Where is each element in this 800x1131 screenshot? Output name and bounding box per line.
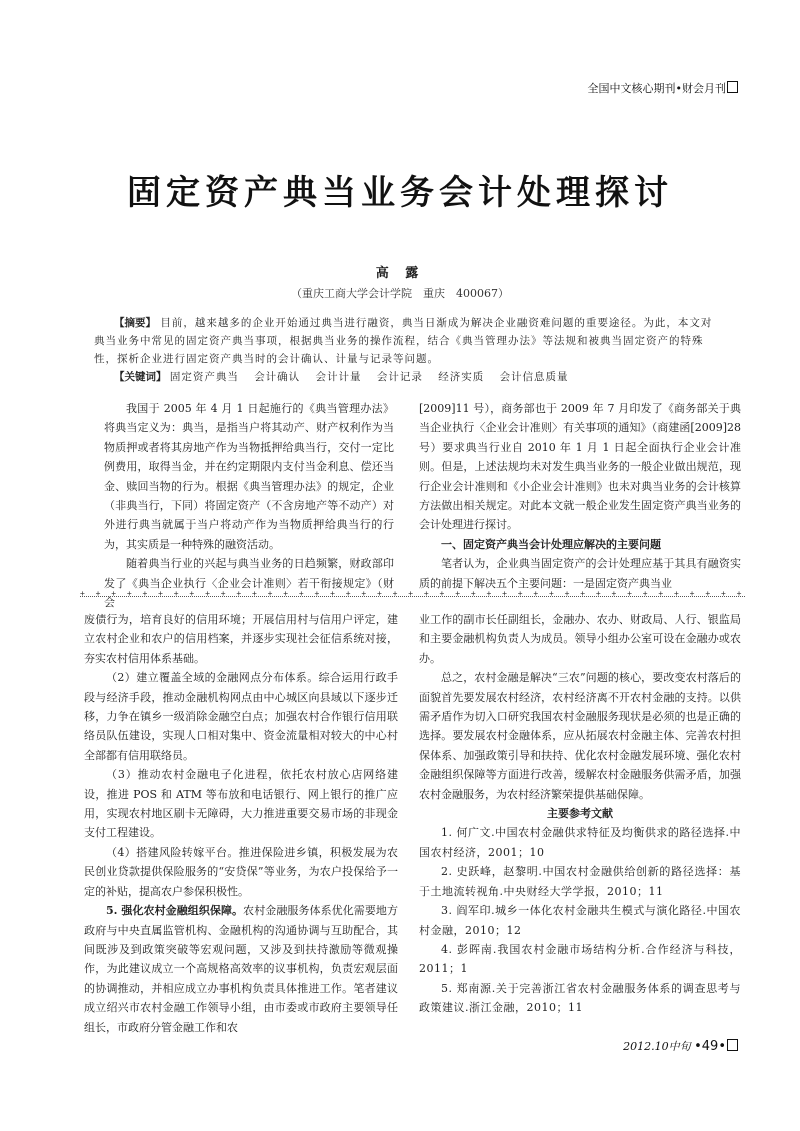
paragraph: 总之，农村金融是解决“三农”问题的核心，要改变农村落后的面貌首先要发展农村经济，… — [419, 668, 741, 804]
issue-label: 2012.10中旬 — [623, 1040, 691, 1053]
reference-item: 5. 郑南源.关于完善浙江省农村金融服务体系的调查思考与政策建议.浙江金融，20… — [419, 979, 741, 1018]
paragraph: 随着典当行业的兴起与典当业务的日趋频繁，财政部印发了《典当企业执行〈企业会计准则… — [104, 554, 394, 612]
keywords: 【关键词】 固定资产典当 会计确认 会计计量 会计记录 经济实质 会计信息质量 — [114, 368, 714, 386]
bottom-right-column: 业工作的副市长任副组长，金融办、农办、财政局、人行、银监局和主要金融机构负责人为… — [419, 610, 741, 1018]
keyword: 会计信息质量 — [500, 371, 569, 383]
paragraph: （2）建立覆盖全域的金融网点分布体系。综合运用行政手段与经济手段，推动金融机构网… — [84, 668, 398, 765]
box-glyph-icon — [727, 1039, 738, 1051]
keyword: 经济实质 — [438, 371, 484, 383]
paragraph: 笔者认为，企业典当固定资产的会计处理应基于其具有融资实质的前提下解决五个主要问题… — [419, 554, 741, 593]
keyword: 会计记录 — [377, 371, 423, 383]
keyword: 会计计量 — [316, 371, 362, 383]
reference-item: 2. 史跃峰，赵黎明.中国农村金融供给创新的路径选择：基于土地流转视角.中央财经… — [419, 862, 741, 901]
abstract-text: 目前，越来越多的企业开始通过典当进行融资，典当日渐成为解决企业融资难问题的重要途… — [94, 317, 712, 365]
abstract-label: 【摘要】 — [114, 317, 156, 329]
paragraph: 废债行为，培育良好的信用环境；开展信用村与信用户评定，建立农村企业和农户的信用档… — [84, 610, 398, 668]
journal-header: 全国中文核心期刊•财会月刊 — [588, 80, 739, 96]
paragraph: 5. 强化农村金融组织保障。农村金融服务体系优化需要地方政府与中央直属监管机构、… — [84, 901, 398, 1037]
keyword: 会计确认 — [254, 371, 300, 383]
journal-name: 全国中文核心期刊•财会月刊 — [588, 82, 727, 95]
subsection-title: 5. 强化农村金融组织保障。 — [106, 904, 243, 917]
keyword: 固定资产典当 — [170, 371, 239, 383]
paragraph: [2009]11 号），商务部也于 2009 年 7 月印发了《商务部关于典当企… — [419, 399, 741, 535]
author-name: 高 露 — [0, 262, 800, 281]
article-title: 固定资产典当业务会计处理探讨 — [0, 165, 800, 214]
abstract: 【摘要】 目前，越来越多的企业开始通过典当进行融资，典当日渐成为解决企业融资难问… — [94, 314, 714, 368]
keywords-label: 【关键词】 — [114, 371, 167, 383]
page-footer: 2012.10中旬 •49• — [623, 1038, 738, 1054]
reference-item: 4. 彭晖南.我国农村金融市场结构分析.合作经济与科技，2011；1 — [419, 940, 741, 979]
box-glyph-icon — [727, 81, 738, 93]
paragraph: （3）推动农村金融电子化进程，依托农村放心店网络建设，推进 POS 和 ATM … — [84, 765, 398, 843]
paragraph: （4）搭建风险转嫁平台。推进保险进乡镇，积极发展为农民创业贷款提供保险服务的“安… — [84, 843, 398, 901]
article-divider — [80, 596, 745, 599]
bottom-left-column: 废债行为，培育良好的信用环境；开展信用村与信用户评定，建立农村企业和农户的信用档… — [84, 610, 398, 1037]
page-number: •49• — [694, 1039, 726, 1054]
top-left-column: 我国于 2005 年 4 月 1 日起施行的《典当管理办法》将典当定义为：典当，… — [104, 399, 394, 612]
section-heading: 一、固定资产典当会计处理应解决的主要问题 — [419, 535, 741, 554]
paragraph: 我国于 2005 年 4 月 1 日起施行的《典当管理办法》将典当定义为：典当，… — [104, 399, 394, 554]
paragraph-text: 农村金融服务体系优化需要地方政府与中央直属监管机构、金融机构的沟通协调与互助配合… — [84, 904, 398, 1033]
paragraph: 业工作的副市长任副组长，金融办、农办、财政局、人行、银监局和主要金融机构负责人为… — [419, 610, 741, 668]
reference-item: 3. 阎军印.城乡一体化农村金融共生模式与演化路径.中国农村金融，2010；12 — [419, 901, 741, 940]
references-list: 1. 何广文.中国农村金融供求特征及均衡供求的路径选择.中国农村经济，2001；… — [419, 823, 741, 1017]
reference-item: 1. 何广文.中国农村金融供求特征及均衡供求的路径选择.中国农村经济，2001；… — [419, 823, 741, 862]
references-heading: 主要参考文献 — [419, 804, 741, 823]
top-right-column: [2009]11 号），商务部也于 2009 年 7 月印发了《商务部关于典当企… — [419, 399, 741, 593]
author-affiliation: （重庆工商大学会计学院 重庆 400067） — [0, 285, 800, 301]
